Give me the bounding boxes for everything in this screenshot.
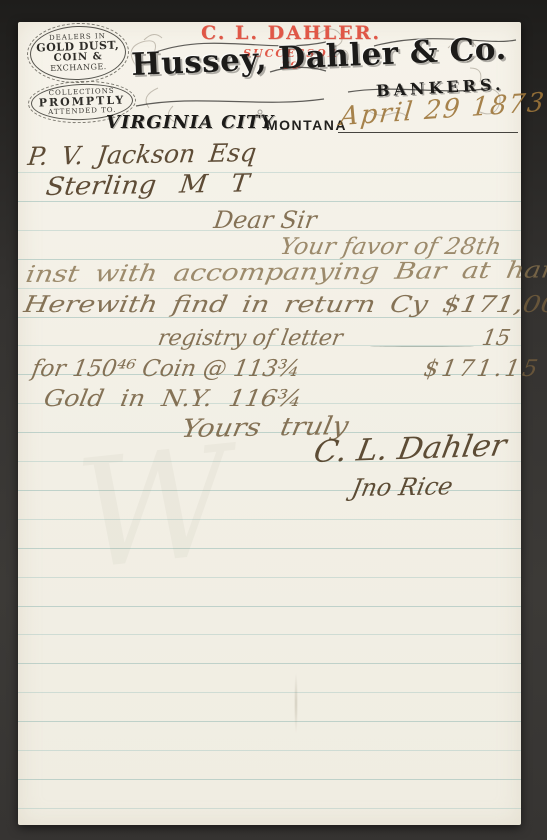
- body-line: for 150⁴⁶ Coin @ 113¾: [30, 358, 302, 381]
- body-line: Gold in N.Y. 116¾: [42, 388, 304, 411]
- ruled-line: [18, 201, 521, 202]
- body-line: Your favor of 28th: [278, 236, 503, 259]
- ruled-line: [18, 663, 521, 664]
- handwritten-date: April 29 1873: [339, 89, 547, 130]
- date-rule-line: [338, 132, 518, 133]
- ruled-line: [18, 634, 521, 635]
- ghost-ink-offset: W: [69, 414, 241, 603]
- ledger-dash: [370, 346, 474, 347]
- dealers-badge: DEALERS IN GOLD DUST, COIN & EXCHANGE.: [29, 24, 127, 81]
- state-name: MONTANA: [266, 117, 347, 133]
- ruled-line: [18, 721, 521, 722]
- ruled-line: [18, 750, 521, 751]
- countersignature: Jno Rice: [350, 474, 455, 500]
- registry-amount: 15: [480, 328, 512, 350]
- paper-stain: [294, 672, 298, 734]
- small-ornament-icon: [254, 108, 266, 120]
- salutation: Dear Sir: [212, 208, 318, 232]
- body-line: Herewith find in return Cy $171,00: [22, 294, 547, 317]
- ruled-line: [18, 606, 521, 607]
- ruled-line: [18, 288, 521, 289]
- recipient-name: P. V. Jackson Esq: [26, 140, 257, 169]
- ruled-line: [18, 779, 521, 780]
- letter-paper: DEALERS IN GOLD DUST, COIN & EXCHANGE. C…: [18, 22, 521, 825]
- ruled-line: [18, 692, 521, 693]
- body-line: registry of letter: [156, 328, 344, 350]
- ruled-line: [18, 808, 521, 809]
- signature: C. L. Dahler: [311, 431, 508, 468]
- photo-mat: DEALERS IN GOLD DUST, COIN & EXCHANGE. C…: [0, 0, 547, 840]
- body-line: inst with accompanying Bar at hand: [24, 259, 547, 287]
- total-amount: $171.15: [422, 358, 542, 381]
- city-name: VIRGINIA CITY: [106, 112, 274, 133]
- recipient-address: Sterling M T: [44, 170, 250, 199]
